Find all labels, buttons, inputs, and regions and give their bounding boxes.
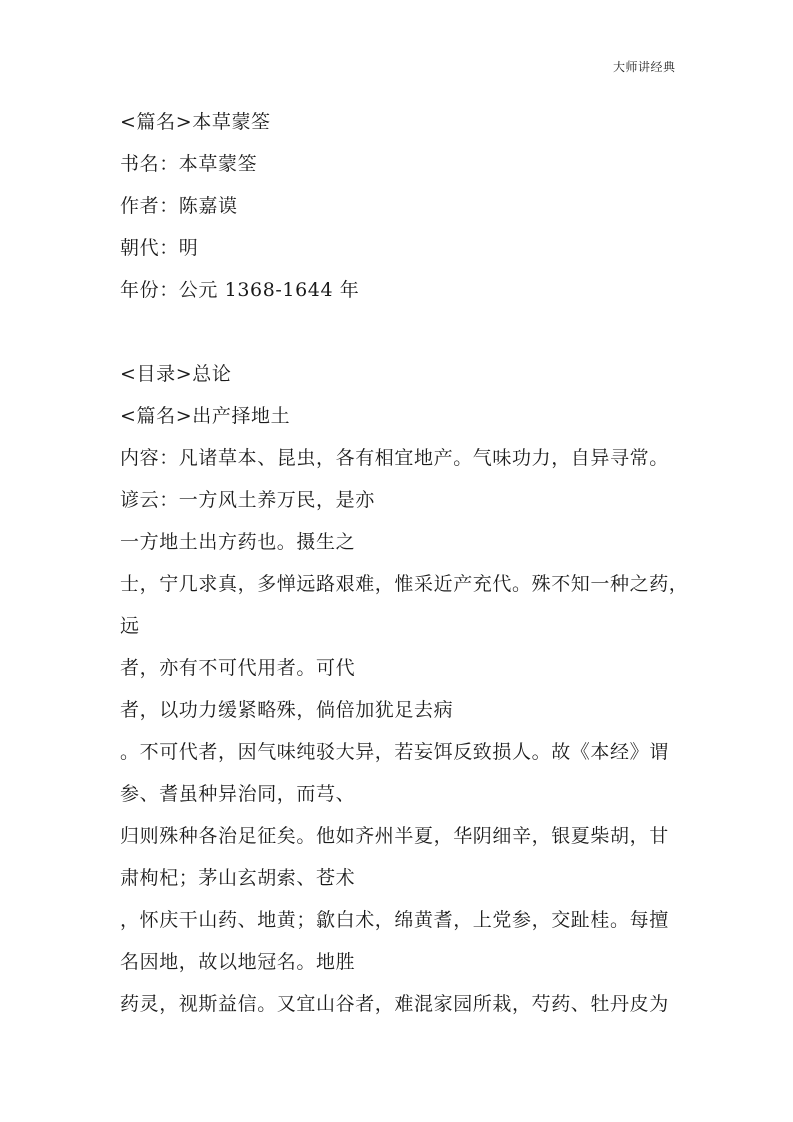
chapter-title-line: <篇名>本草蒙筌 <box>120 101 680 143</box>
content-line: 肃枸杞；茅山玄胡索、苍术 <box>120 857 680 899</box>
content-line: ，怀庆干山药、地黄；歙白术，绵黄耆，上党参，交趾桂。每擅 <box>120 899 680 941</box>
page-header: 大师讲经典 <box>613 58 676 75</box>
content-line: 参、耆虽种异治同，而芎、 <box>120 773 680 815</box>
content-line: 药灵，视斯益信。又宜山谷者，难混家园所栽，芍药、牡丹皮为 <box>120 983 680 1025</box>
content-line: 士，宁几求真，多惮远路艰难，惟采近产充代。殊不知一种之药， <box>120 563 680 605</box>
content-line: 远 <box>120 605 680 647</box>
content-line: 者，亦有不可代用者。可代 <box>120 647 680 689</box>
content-line: 一方地土出方药也。摄生之 <box>120 521 680 563</box>
toc-line: <目录>总论 <box>120 353 680 395</box>
section-title-line: <篇名>出产择地土 <box>120 395 680 437</box>
content-line: 名因地，故以地冠名。地胜 <box>120 941 680 983</box>
content-line: 。不可代者，因气味纯驳大异，若妄饵反致损人。故《本经》谓 <box>120 731 680 773</box>
document-body: <篇名>本草蒙筌 书名：本草蒙筌 作者：陈嘉谟 朝代：明 年份：公元 1368-… <box>120 101 680 1025</box>
content-line: 者，以功力缓紧略殊，倘倍加犹足去病 <box>120 689 680 731</box>
content-line: 内容：凡诸草本、昆虫，各有相宜地产。气味功力，自异寻常。 <box>120 437 680 479</box>
year-line: 年份：公元 1368-1644 年 <box>120 269 680 311</box>
dynasty-line: 朝代：明 <box>120 227 680 269</box>
content-line: 谚云：一方风土养万民，是亦 <box>120 479 680 521</box>
blank-line <box>120 311 680 353</box>
book-name-line: 书名：本草蒙筌 <box>120 143 680 185</box>
author-line: 作者：陈嘉谟 <box>120 185 680 227</box>
content-line: 归则殊种各治足征矣。他如齐州半夏，华阴细辛，银夏柴胡，甘 <box>120 815 680 857</box>
